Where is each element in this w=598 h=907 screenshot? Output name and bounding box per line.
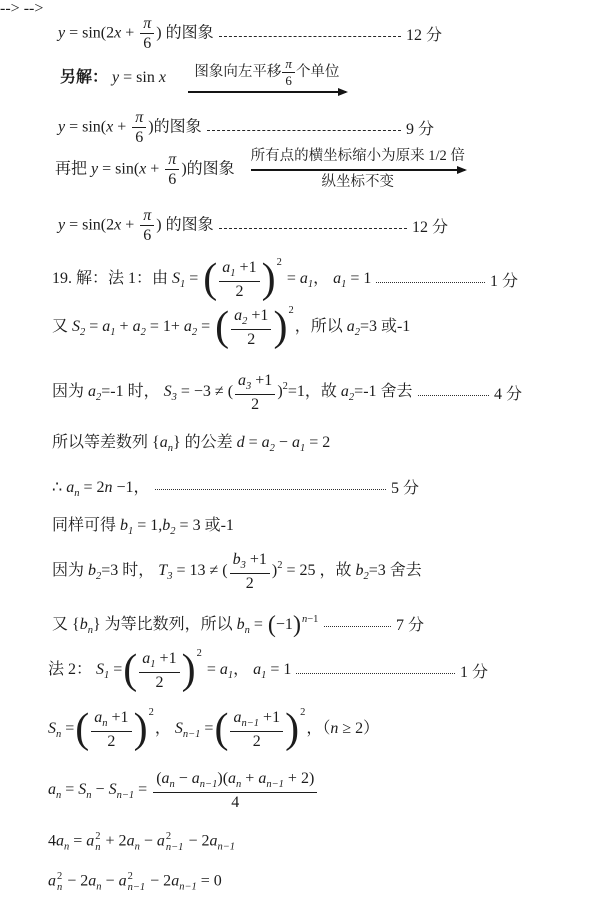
math-formula: Sn =(an +12)2， Sn−1 =(an−1 +12)2，（n ≥ 2） — [48, 708, 379, 751]
math-formula: 4an = a2n + 2an − a2n−1 − 2an−1 — [48, 831, 235, 853]
line-q19-an-difference: an = Sn − Sn−1 = (an − an−1)(an + an−1 +… — [48, 769, 319, 812]
line-q19-bn-formula: 又 {bn} 为等比数列，所以 bn = (−1)n−1 7 分 — [52, 611, 424, 636]
dashed-leader — [219, 228, 407, 229]
math-formula: 又 S2 = a1 + a2 = 1+ a2 = (a2 +12)2，所以 a2… — [52, 306, 410, 349]
line-q19-s2: 又 S2 = a1 + a2 = 1+ a2 = (a2 +12)2，所以 a2… — [52, 306, 410, 349]
right-arrow-icon — [251, 169, 465, 171]
line-q19-final-equation: a2n − 2an − a2n−1 − 2an−1 = 0 — [48, 871, 222, 893]
math-formula: 所以等差数列 {an} 的公差 d = a2 − a1 = 2 — [52, 429, 330, 454]
line-q19-b2-reject: 因为 b2=3 时， T3 = 13 ≠ (b3 +12)2 = 25 ，故 b… — [52, 550, 422, 593]
arrow-top-label: 所有点的横坐标缩小为原来 1/2 倍 — [251, 147, 465, 166]
math-formula: an = Sn − Sn−1 = (an − an−1)(an + an−1 +… — [48, 769, 319, 812]
line-q19-sn-sn1: Sn =(an +12)2， Sn−1 =(an−1 +12)2，（n ≥ 2） — [48, 708, 379, 751]
dashed-leader — [219, 36, 401, 37]
transform-arrow-block: 图象向左平移π6个单位 — [188, 56, 346, 95]
math-formula: 又 {bn} 为等比数列，所以 bn = (−1)n−1 — [52, 611, 319, 636]
math-formula: 另解： y = sin x — [60, 64, 166, 87]
math-formula: 因为 a2=-1 时， S3 = −3 ≠ (a3 +12)2=1，故 a2=-… — [52, 371, 413, 414]
line-final-graph-12-again: y = sin(2x + π6) 的图象 12 分 — [58, 206, 448, 245]
line-q19-b1-b2: 同样可得 b1 = 1,b2 = 3 或-1 — [52, 512, 234, 537]
line-alt-solution: 另解： y = sin x 图象向左平移π6个单位 — [60, 56, 346, 95]
arrow-top-label: 图象向左平移π6个单位 — [194, 56, 339, 88]
math-formula: 再把 y = sin(x + π6)的图象 — [55, 150, 235, 189]
math-formula: 因为 b2=3 时， T3 = 13 ≠ (b3 +12)2 = 25 ，故 b… — [52, 550, 422, 593]
line-q19-a2-reject: 因为 a2=-1 时， S3 = −3 ≠ (a3 +12)2=1，故 a2=-… — [52, 371, 522, 414]
math-formula: y = sin(x + π6)的图象 — [58, 108, 202, 147]
line-shift-result-9: y = sin(x + π6)的图象 9 分 — [58, 108, 434, 147]
dashed-leader — [207, 130, 401, 131]
dotted-leader — [155, 489, 386, 490]
math-formula: 法 2： S1 =(a1 +12)2 = a1， a1 = 1 — [48, 649, 291, 692]
math-formula: 19. 解：法 1：由 S1 = (a1 +12)2 = a1， a1 = 1 — [52, 258, 371, 301]
math-formula: ∴ an = 2n −1， — [52, 474, 150, 499]
line-q19-4an-expansion: 4an = a2n + 2an − a2n−1 − 2an−1 — [48, 831, 235, 853]
line-q19-method1-s1: 19. 解：法 1：由 S1 = (a1 +12)2 = a1， a1 = 1 … — [52, 258, 518, 301]
math-formula: y = sin(2x + π6) 的图象 — [58, 14, 214, 53]
line-q19-an-formula: ∴ an = 2n −1， 5 分 — [52, 474, 419, 499]
dotted-leader — [296, 673, 455, 674]
score-label: 7 分 — [396, 612, 424, 635]
dotted-leader — [376, 282, 485, 283]
dotted-leader — [418, 395, 489, 396]
score-label: 1 分 — [460, 659, 488, 682]
arrow-bottom-label: 纵坐标不变 — [322, 173, 395, 192]
score-label: 5 分 — [391, 475, 419, 498]
math-formula: 同样可得 b1 = 1,b2 = 3 或-1 — [52, 512, 234, 537]
score-label: 4 分 — [494, 381, 522, 404]
score-label: 12 分 — [412, 214, 448, 237]
transform-arrow-block: 所有点的横坐标缩小为原来 1/2 倍 纵坐标不变 — [251, 147, 465, 191]
math-formula: y = sin(2x + π6) 的图象 — [58, 206, 214, 245]
math-solution-document: y = sin(2x + π6) 的图象 12 分 --> 另解： y = si… — [0, 0, 598, 907]
line-q19-common-difference: 所以等差数列 {an} 的公差 d = a2 − a1 = 2 — [52, 429, 330, 454]
math-formula: a2n − 2an − a2n−1 − 2an−1 = 0 — [48, 871, 222, 893]
score-label: 12 分 — [406, 22, 442, 45]
line-final-graph-12: y = sin(2x + π6) 的图象 12 分 — [58, 14, 442, 53]
line-compress-step: 再把 y = sin(x + π6)的图象 所有点的横坐标缩小为原来 1/2 倍… — [55, 147, 465, 191]
line-q19-method2-s1: 法 2： S1 =(a1 +12)2 = a1， a1 = 1 1 分 — [48, 649, 488, 692]
dotted-leader — [324, 626, 391, 627]
score-label: 1 分 — [490, 268, 518, 291]
right-arrow-icon — [188, 91, 346, 93]
score-label: 9 分 — [406, 116, 434, 139]
